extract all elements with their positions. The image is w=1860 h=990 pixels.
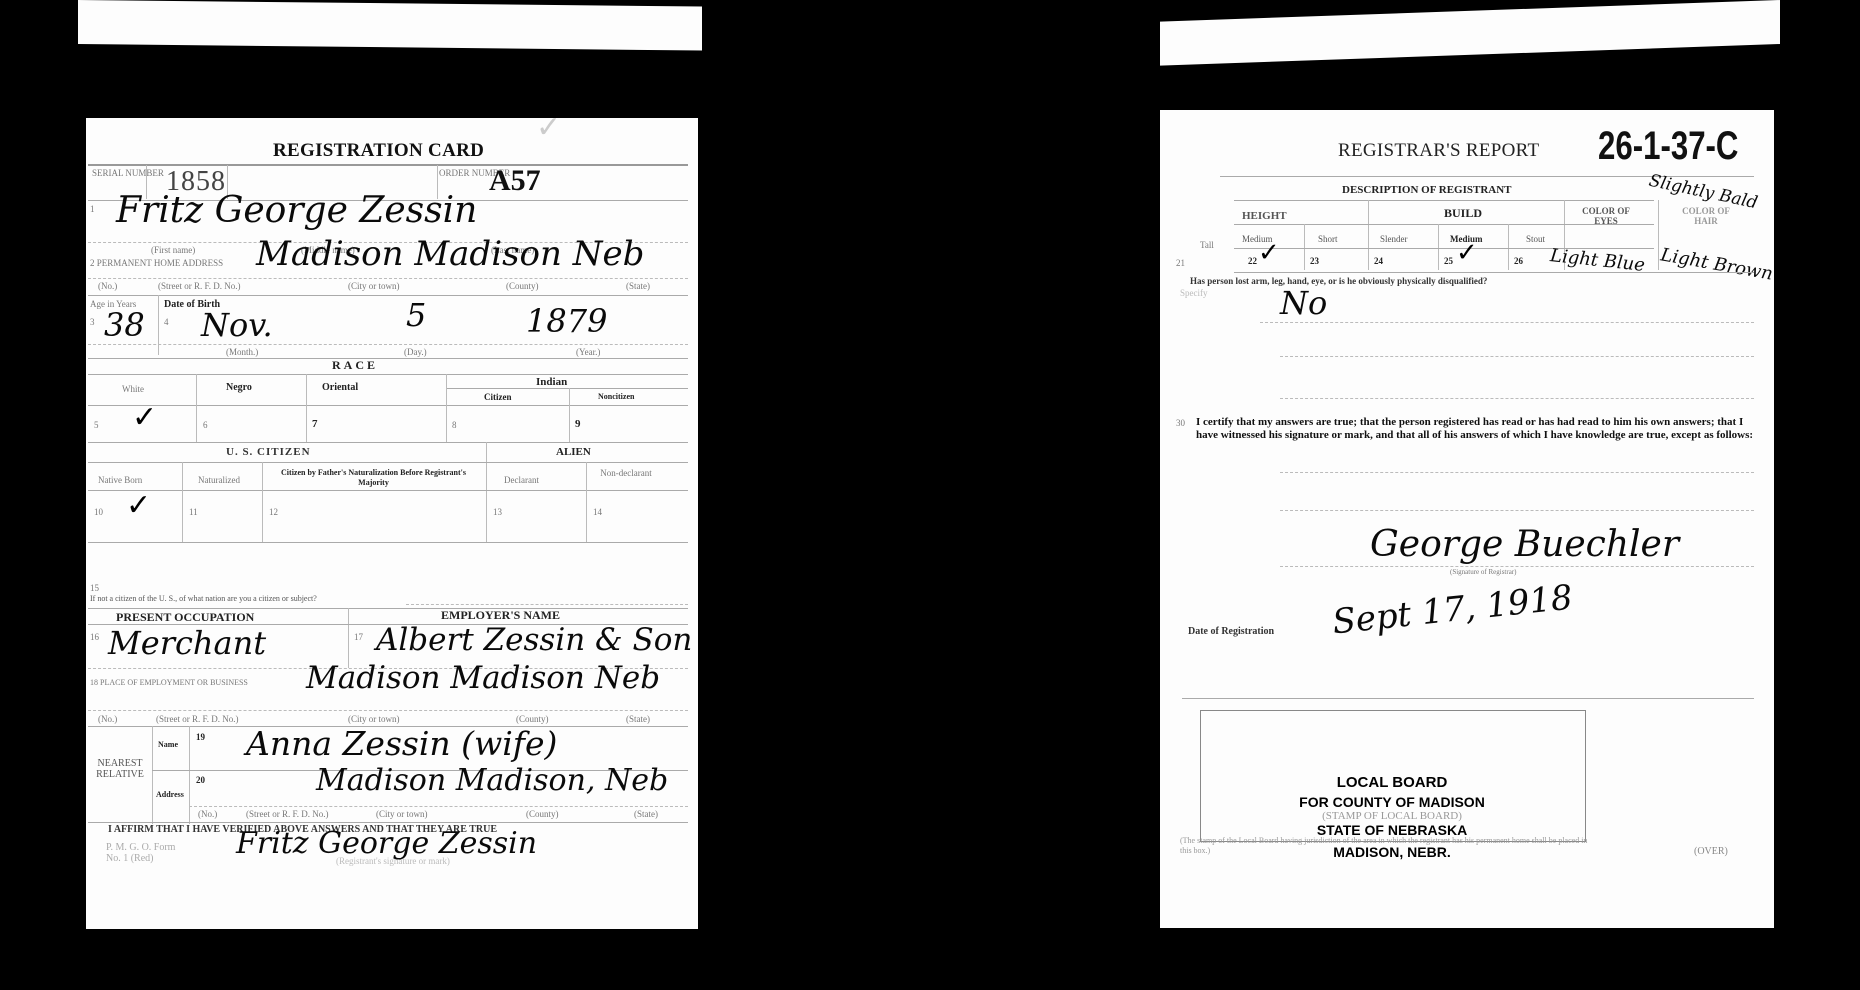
certification-text: I certify that my answers are true; that… [1196, 416, 1756, 442]
date-of-registration: Sept 17, 1918 [1331, 578, 1575, 643]
stamp-line-county: FOR COUNTY OF MADISON [1200, 794, 1584, 810]
form-number-label: P. M. G. O. Form No. 1 (Red) [106, 842, 176, 864]
race-heading: RACE [332, 358, 378, 373]
relative-city-label: (City or town) [376, 809, 428, 819]
registrar-report-card: REGISTRAR'S REPORT 26-1-37-C DESCRIPTION… [1160, 110, 1774, 928]
date-of-registration-label: Date of Registration [1188, 626, 1274, 637]
field-number-14: 14 [593, 507, 602, 517]
registrar-signature-label: (Signature of Registrar) [1450, 568, 1516, 576]
field-number-16: 16 [90, 632, 99, 642]
registrar-signature: George Buechler [1370, 524, 1679, 565]
relative-address: Madison Madison, Neb [316, 763, 668, 798]
hair-color-value: Light Brown [1659, 244, 1774, 284]
signature-label: (Registrant's signature or mark) [336, 856, 450, 866]
place-no-label: (No.) [98, 714, 117, 724]
age-value: 38 [104, 306, 145, 344]
first-name-label: (First name) [151, 245, 195, 255]
citizen-by-father-label: Citizen by Father's Naturalization Befor… [266, 468, 481, 488]
registration-card: ✓ REGISTRATION CARD SERIAL NUMBER 1858 O… [86, 118, 698, 929]
build-slender-label: Slender [1380, 234, 1408, 244]
relative-county-label: (County) [526, 809, 559, 819]
q15-question: If not a citizen of the U. S., of what n… [90, 594, 317, 603]
field-number-23: 23 [1310, 256, 1319, 266]
build-medium-check-icon: ✓ [1456, 238, 1478, 268]
race-indian-citizen-label: Citizen [484, 392, 512, 402]
place-of-employment-label: 18 PLACE OF EMPLOYMENT OR BUSINESS [90, 678, 248, 687]
dob-year: 1879 [526, 302, 607, 340]
address-state-label: (State) [626, 281, 650, 291]
q29-question: Has person lost arm, leg, hand, eye, or … [1190, 276, 1487, 286]
relative-no-label: (No.) [198, 809, 217, 819]
over-label: (OVER) [1694, 846, 1728, 857]
field-number-13: 13 [493, 507, 502, 517]
field-number-12: 12 [269, 507, 278, 517]
stamp-line-local-board: LOCAL BOARD [1200, 774, 1584, 791]
dob-month: Nov. [201, 306, 273, 344]
serial-number-label: SERIAL NUMBER [92, 168, 140, 178]
race-white-check-icon: ✓ [132, 400, 157, 435]
employer-value: Albert Zessin & Son [376, 622, 692, 658]
dob-day-label: (Day.) [404, 347, 427, 357]
declarant-label: Declarant [504, 475, 539, 485]
address-no-label: (No.) [98, 281, 117, 291]
height-heading: HEIGHT [1242, 210, 1287, 222]
previous-card-right-edge [1160, 0, 1780, 66]
race-oriental-label: Oriental [322, 382, 358, 393]
dob-year-label: (Year.) [576, 347, 600, 357]
report-stamp-number: 26-1-37-C [1598, 124, 1738, 169]
field-number-24: 24 [1374, 256, 1383, 266]
employer-heading: EMPLOYER'S NAME [441, 608, 560, 623]
field-number-1: 1 [90, 204, 95, 214]
height-tall-label: Tall [1200, 240, 1214, 250]
field-number-22: 22 [1248, 256, 1257, 266]
field-number-20: 20 [196, 775, 205, 785]
order-number-label: ORDER NUMBER [439, 168, 485, 178]
dob-month-label: (Month.) [226, 347, 258, 357]
alien-heading: ALIEN [556, 446, 591, 458]
nearest-relative-label: NEAREST RELATIVE [90, 758, 150, 780]
stamp-line-city: MADISON, NEBR. [1200, 844, 1584, 860]
non-declarant-label: Non-declarant [596, 468, 656, 478]
previous-card-left-edge [78, 0, 702, 51]
home-address-label: 2 PERMANENT HOME ADDRESS [90, 258, 223, 268]
field-number-11: 11 [189, 507, 198, 517]
us-citizen-heading: U. S. CITIZEN [226, 446, 311, 458]
field-number-25: 25 [1444, 256, 1453, 266]
dob-day: 5 [406, 296, 426, 334]
description-heading: DESCRIPTION OF REGISTRANT [1342, 184, 1512, 196]
place-state-label: (State) [626, 714, 650, 724]
registrant-name: Fritz George Zessin [116, 190, 477, 231]
naturalized-label: Naturalized [198, 475, 240, 485]
field-number-3: 3 [90, 317, 95, 327]
home-address: Madison Madison Neb [256, 234, 644, 274]
field-number-15: 15 [90, 583, 99, 593]
place-street-label: (Street or R. F. D. No.) [156, 714, 239, 724]
place-of-employment: Madison Madison Neb [306, 660, 660, 696]
field-number-6: 6 [203, 420, 208, 430]
relative-name: Anna Zessin (wife) [246, 724, 557, 763]
relative-state-label: (State) [634, 809, 658, 819]
occupation-value: Merchant [108, 624, 266, 662]
order-number: A57 [489, 164, 541, 198]
corner-check-mark: ✓ [536, 110, 561, 145]
race-indian-noncitizen-label: Noncitizen [598, 392, 634, 401]
race-white-label: White [122, 384, 144, 394]
field-number-26: 26 [1514, 256, 1523, 266]
field-number-10: 10 [94, 507, 103, 517]
field-number-7: 7 [312, 418, 318, 430]
height-medium-check-icon: ✓ [1258, 238, 1280, 268]
q29-specify-label: Specify [1180, 288, 1208, 298]
place-city-label: (City or town) [348, 714, 400, 724]
occupation-heading: PRESENT OCCUPATION [116, 610, 254, 625]
race-indian-label: Indian [536, 376, 567, 388]
field-number-19: 19 [196, 732, 205, 742]
height-short-label: Short [1318, 234, 1338, 244]
address-street-label: (Street or R. F. D. No.) [158, 281, 241, 291]
race-negro-label: Negro [226, 382, 252, 393]
field-number-21: 21 [1176, 258, 1185, 268]
native-born-check-icon: ✓ [126, 488, 151, 523]
hair-color-label: COLOR OF HAIR [1676, 206, 1736, 226]
q29-answer: No [1280, 284, 1327, 322]
report-title: REGISTRAR'S REPORT [1338, 140, 1539, 162]
eye-color-label: COLOR OF EYES [1576, 206, 1636, 226]
relative-address-label: Address [156, 790, 184, 799]
native-born-label: Native Born [98, 475, 142, 485]
field-number-17: 17 [354, 632, 363, 642]
stamp-box-label: (STAMP OF LOCAL BOARD) [1200, 810, 1584, 822]
field-number-9: 9 [575, 418, 581, 430]
build-stout-label: Stout [1526, 234, 1545, 244]
relative-name-label: Name [158, 740, 178, 749]
field-number-30: 30 [1176, 418, 1185, 428]
place-county-label: (County) [516, 714, 549, 724]
address-city-label: (City or town) [348, 281, 400, 291]
card-title: REGISTRATION CARD [273, 140, 484, 162]
field-number-4: 4 [164, 317, 169, 327]
field-number-5: 5 [94, 420, 99, 430]
address-county-label: (County) [506, 281, 539, 291]
build-heading: BUILD [1444, 206, 1482, 221]
field-number-8: 8 [452, 420, 457, 430]
relative-street-label: (Street or R. F. D. No.) [246, 809, 329, 819]
